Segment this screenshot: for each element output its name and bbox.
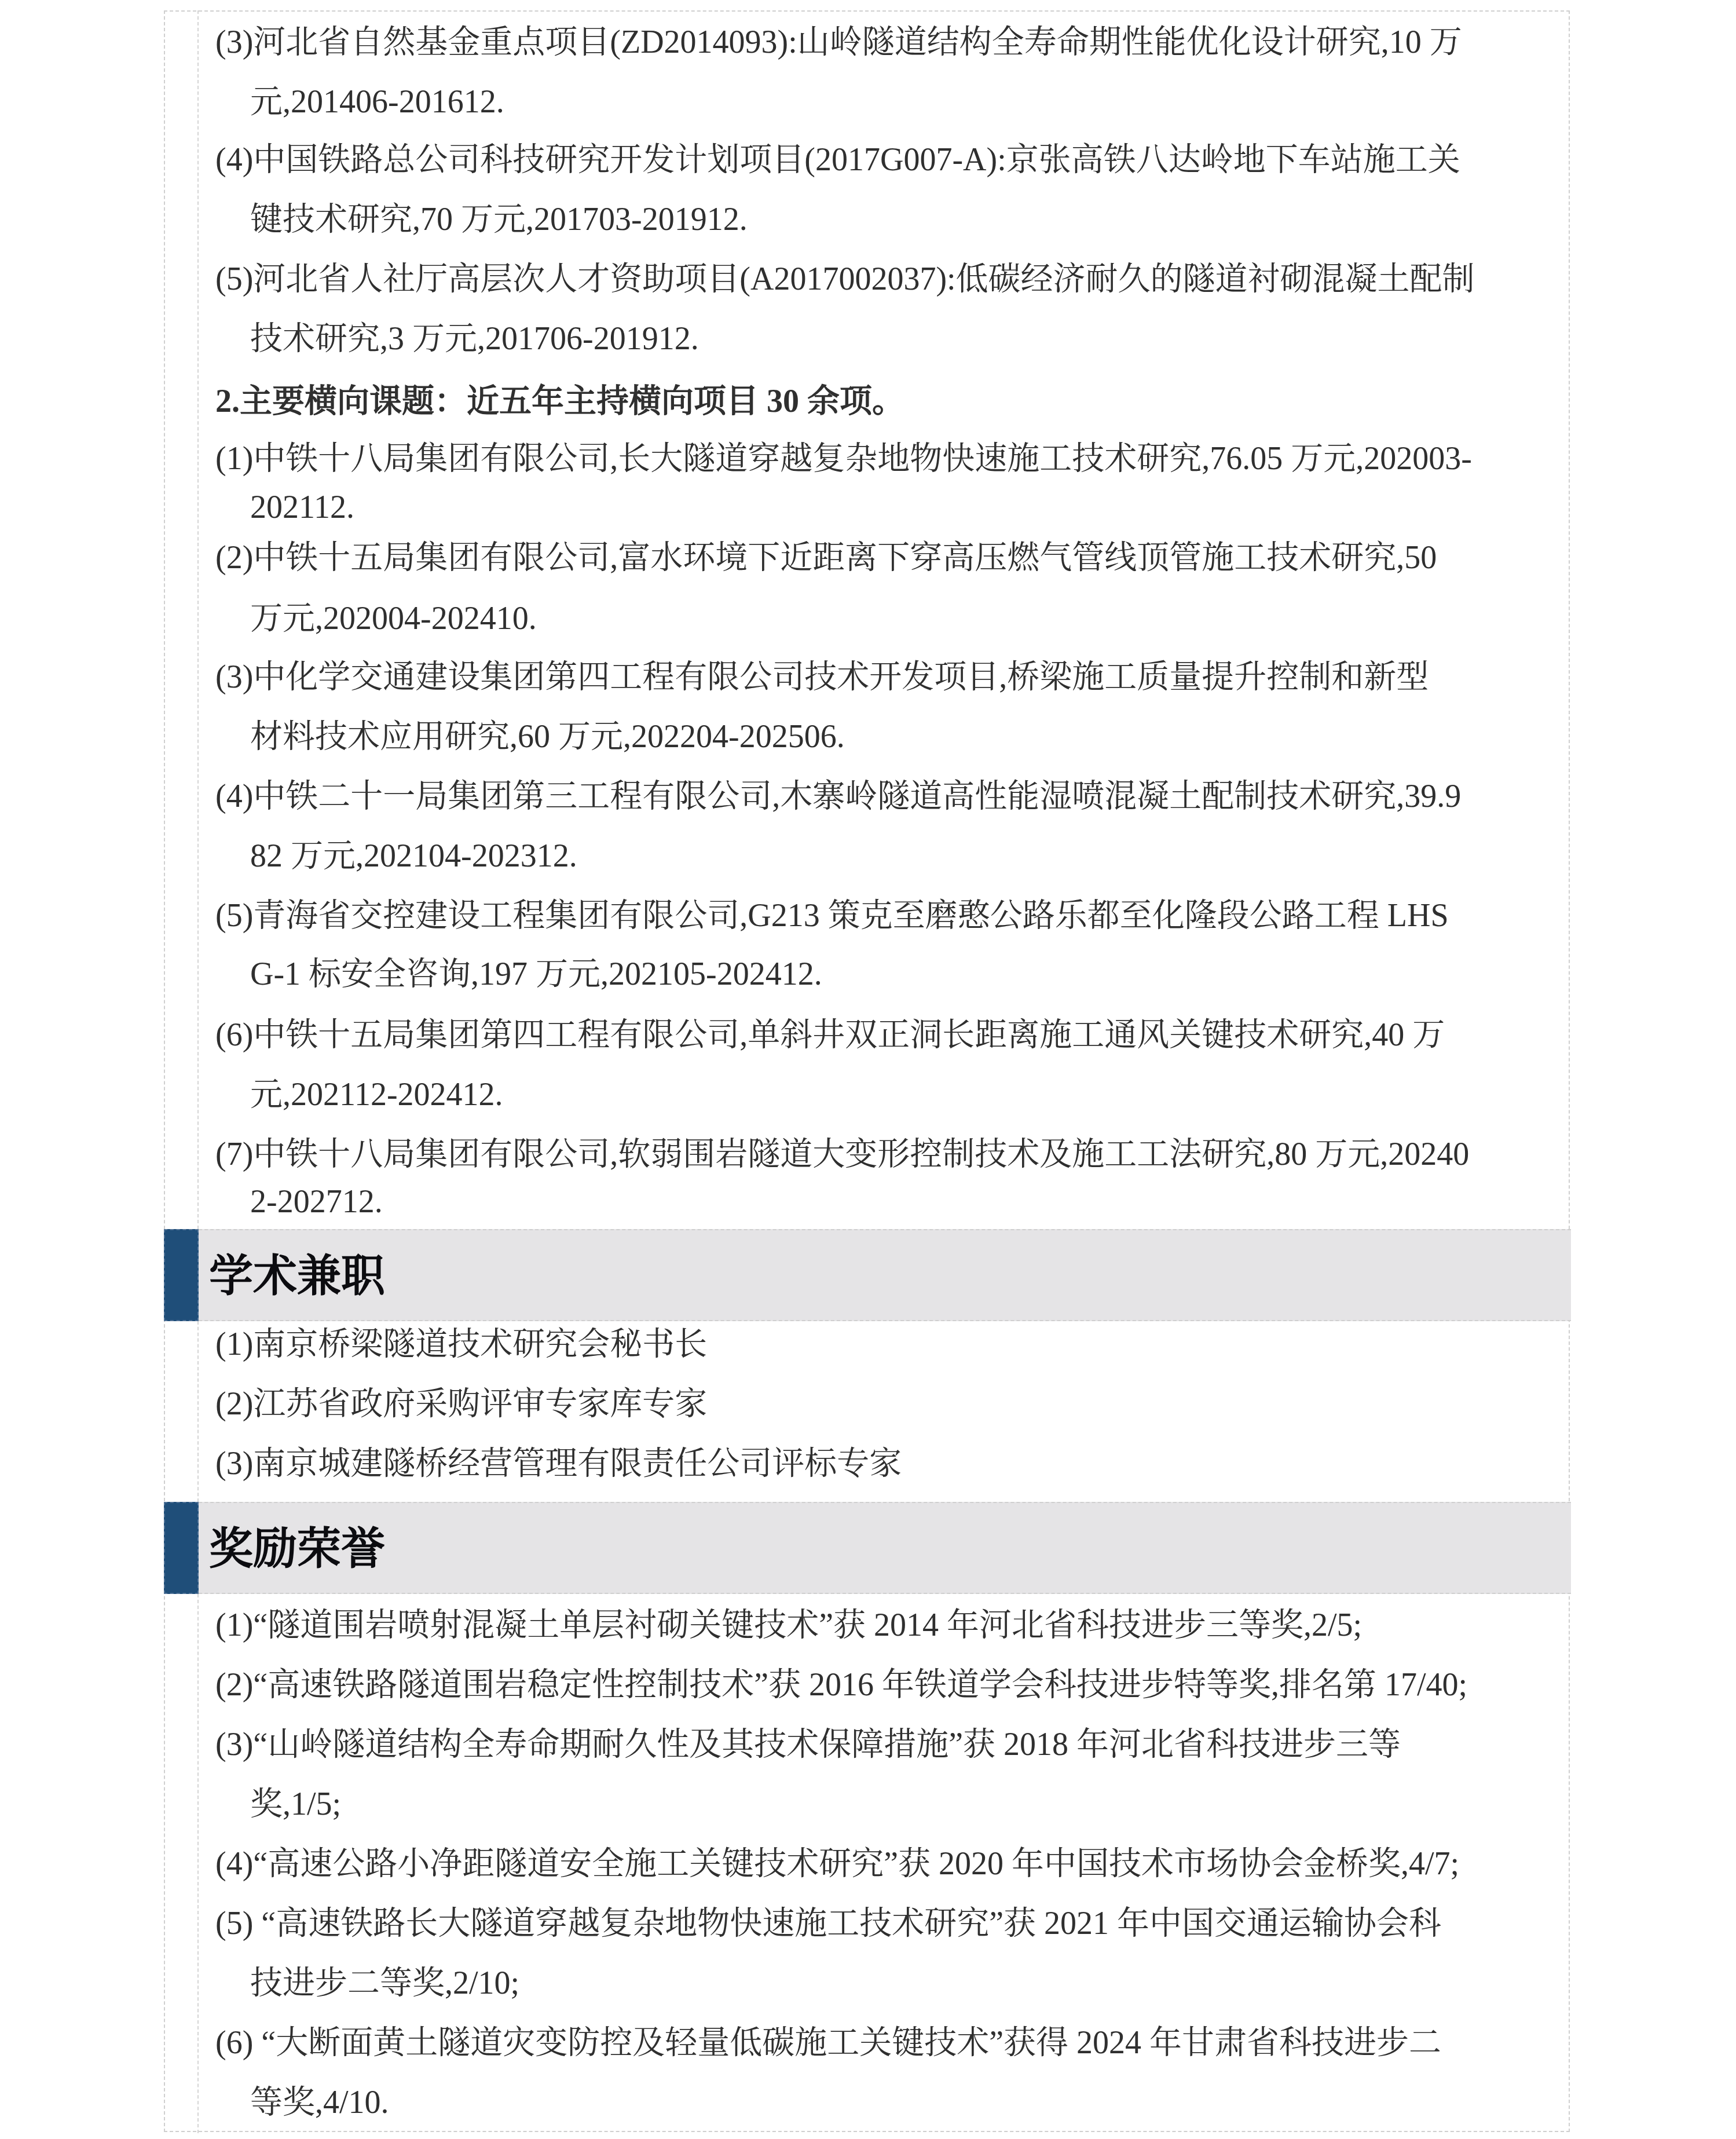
award-item-line: 等奖,4/10. (250, 2079, 389, 2126)
section-accent-bar (164, 1502, 199, 1594)
section-title: 奖励荣誉 (209, 1524, 385, 1574)
project-item-line: (4)中国铁路总公司科技研究开发计划项目(2017G007-A):京张高铁八达岭… (215, 137, 1460, 183)
horizontal-project-line: (6)中铁十五局集团第四工程有限公司,单斜井双正洞长距离施工通风关键技术研究,4… (215, 1012, 1445, 1058)
section-header-awards: 奖励荣誉 (164, 1502, 1571, 1594)
section-title: 学术兼职 (209, 1251, 385, 1301)
gutter-divider (197, 1594, 199, 2133)
horizontal-project-line: (7)中铁十八局集团有限公司,软弱围岩隧道大变形控制技术及施工工法研究,80 万… (215, 1131, 1469, 1178)
horizontal-project-line: (2)中铁十五局集团有限公司,富水环境下近距离下穿高压燃气管线顶管施工技术研究,… (215, 535, 1437, 581)
horizontal-project-line: 元,202112-202412. (250, 1072, 503, 1118)
award-item-line: 技进步二等奖,2/10; (250, 1960, 519, 2006)
academic-position-item: (3)南京城建隧桥经营管理有限责任公司评标专家 (215, 1440, 902, 1487)
project-item-line: 键技术研究,70 万元,201703-201912. (250, 196, 748, 243)
academic-position-item: (1)南京桥梁隧道技术研究会秘书长 (215, 1321, 707, 1368)
gutter-divider (197, 10, 199, 1229)
horizontal-projects-heading: 2.主要横向课题：近五年主持横向项目 30 余项。 (215, 378, 904, 425)
project-item-line: (5)河北省人社厅高层次人才资助项目(A2017002037):低碳经济耐久的隧… (215, 256, 1475, 302)
award-item-line: (5) “高速铁路长大隧道穿越复杂地物快速施工技术研究”获 2021 年中国交通… (215, 1900, 1441, 1947)
gutter-divider (197, 1321, 199, 1502)
award-item-line: (2)“高速铁路隧道围岩稳定性控制技术”获 2016 年铁道学会科技进步特等奖,… (215, 1662, 1467, 1708)
horizontal-project-line: (3)中化学交通建设集团第四工程有限公司技术开发项目,桥梁施工质量提升控制和新型 (215, 654, 1429, 700)
section-header-academic-positions: 学术兼职 (164, 1229, 1571, 1321)
horizontal-project-line: 202112. (250, 484, 354, 531)
project-item-line: 技术研究,3 万元,201706-201912. (250, 316, 699, 362)
award-item-line: (6) “大断面黄土隧道灾变防控及轻量低碳施工关键技术”获得 2024 年甘肃省… (215, 2020, 1441, 2066)
horizontal-project-line: 万元,202004-202410. (250, 595, 537, 642)
award-item-line: (3)“山岭隧道结构全寿命期耐久性及其技术保障措施”获 2018 年河北省科技进… (215, 1721, 1401, 1768)
academic-position-item: (2)江苏省政府采购评审专家库专家 (215, 1381, 707, 1427)
project-item-line: 元,201406-201612. (250, 79, 504, 125)
award-item-line: 奖,1/5; (250, 1781, 341, 1827)
horizontal-project-line: (4)中铁二十一局集团第三工程有限公司,木寨岭隧道高性能湿喷混凝土配制技术研究,… (215, 773, 1461, 820)
horizontal-project-line: (5)青海省交控建设工程集团有限公司,G213 策克至磨憨公路乐都至化隆段公路工… (215, 893, 1449, 939)
horizontal-project-line: 材料技术应用研究,60 万元,202204-202506. (250, 714, 845, 760)
award-item-line: (4)“高速公路小净距隧道安全施工关键技术研究”获 2020 年中国技术市场协会… (215, 1841, 1459, 1887)
horizontal-project-line: G-1 标安全咨询,197 万元,202105-202412. (250, 951, 822, 997)
horizontal-project-line: (1)中铁十八局集团有限公司,长大隧道穿越复杂地物快速施工技术研究,76.05 … (215, 436, 1472, 482)
project-item-line: (3)河北省自然基金重点项目(ZD2014093):山岭隧道结构全寿命期性能优化… (215, 19, 1462, 65)
horizontal-project-line: 2-202712. (250, 1179, 383, 1225)
award-item-line: (1)“隧道围岩喷射混凝土单层衬砌关键技术”获 2014 年河北省科技进步三等奖… (215, 1602, 1362, 1648)
section-accent-bar (164, 1229, 199, 1321)
horizontal-project-line: 82 万元,202104-202312. (250, 833, 577, 879)
